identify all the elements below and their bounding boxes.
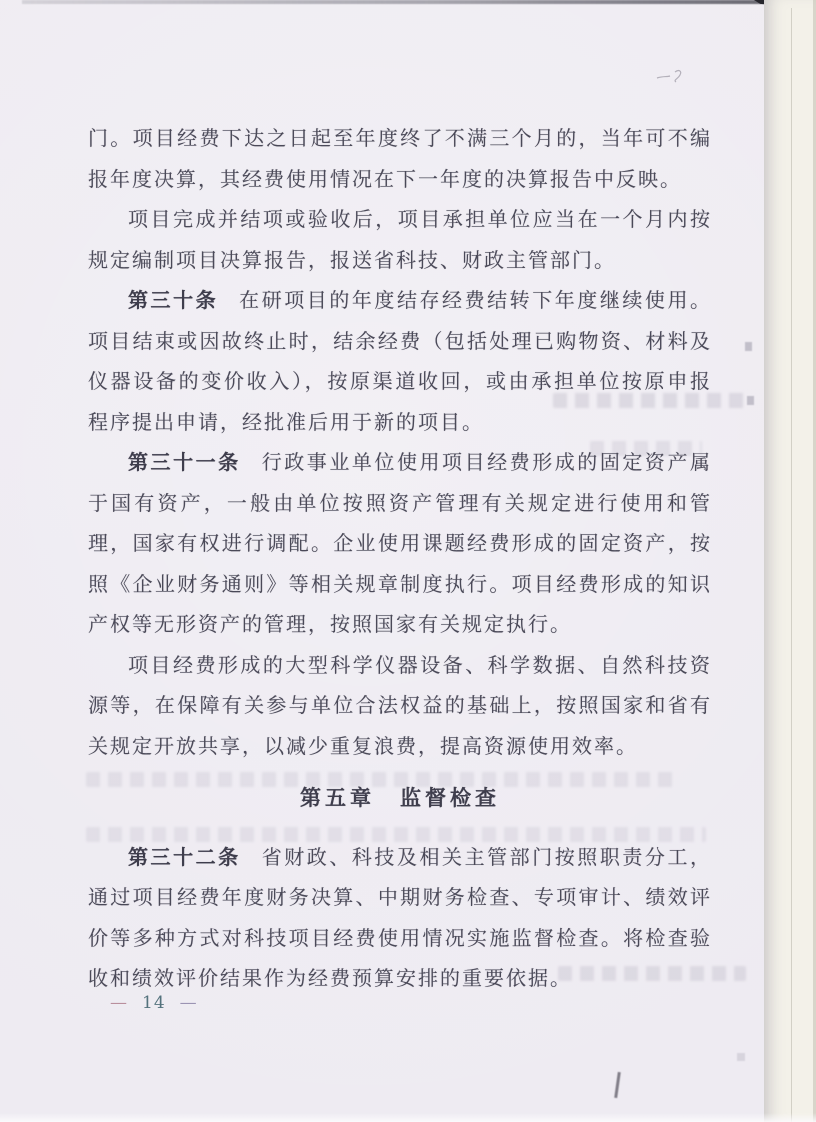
page-number-dash: — (180, 993, 198, 1013)
paragraph-article-32: 第三十二条省财政、科技及相关主管部门按照职责分工，通过项目经费年度财务决算、中期… (88, 837, 712, 999)
scanned-page: 门。项目经费下达之日起至年度终了不满三个月的，当年可不编报年度决算，其经费使用情… (0, 0, 816, 1122)
article-number: 第三十二条 (128, 845, 241, 869)
paragraph-article-31: 第三十一条行政事业单位使用项目经费形成的固定资产属于国有资产，一般由单位按照资产… (88, 442, 712, 645)
document-body: 门。项目经费下达之日起至年度终了不满三个月的，当年可不编报年度决算，其经费使用情… (88, 118, 712, 999)
article-number: 第三十条 (128, 288, 218, 312)
page-number: — 14 — (110, 993, 198, 1013)
paragraph: 项目经费形成的大型科学仪器设备、科学数据、自然科技资源等，在保障有关参与单位合法… (88, 645, 712, 767)
ink-speck (747, 396, 754, 405)
ink-speck (614, 1072, 621, 1098)
paragraph: 项目完成并结项或验收后，项目承担单位应当在一个月内按规定编制项目决算报告，报送省… (88, 199, 712, 280)
paragraph-text: 行政事业单位使用项目经费形成的固定资产属于国有资产，一般由单位按照资产管理有关规… (88, 450, 712, 636)
scan-bottom-edge (0, 1113, 816, 1122)
ink-speck (737, 1053, 745, 1061)
page-number-value: 14 (142, 993, 166, 1013)
paragraph-article-30: 第三十条在研项目的年度结存经费结转下年度继续使用。项目结束或因故终止时，结余经费… (88, 280, 712, 442)
paragraph-text: 门。项目经费下达之日起至年度终了不满三个月的，当年可不编报年度决算，其经费使用情… (88, 126, 712, 191)
paragraph-continuation: 门。项目经费下达之日起至年度终了不满三个月的，当年可不编报年度决算，其经费使用情… (88, 118, 712, 199)
paragraph-text: 项目完成并结项或验收后，项目承担单位应当在一个月内按规定编制项目决算报告，报送省… (88, 207, 712, 272)
chapter-heading: 第五章 监督检查 (88, 778, 712, 819)
pen-mark (655, 62, 695, 90)
page-number-dash: — (110, 993, 128, 1013)
article-number: 第三十一条 (128, 450, 241, 474)
page-edge-strip (764, 0, 816, 1122)
paragraph-text: 项目经费形成的大型科学仪器设备、科学数据、自然科技资源等，在保障有关参与单位合法… (88, 653, 712, 758)
ink-speck (745, 342, 752, 351)
page-edge-line (791, 8, 792, 1122)
scan-top-edge (22, 0, 766, 4)
